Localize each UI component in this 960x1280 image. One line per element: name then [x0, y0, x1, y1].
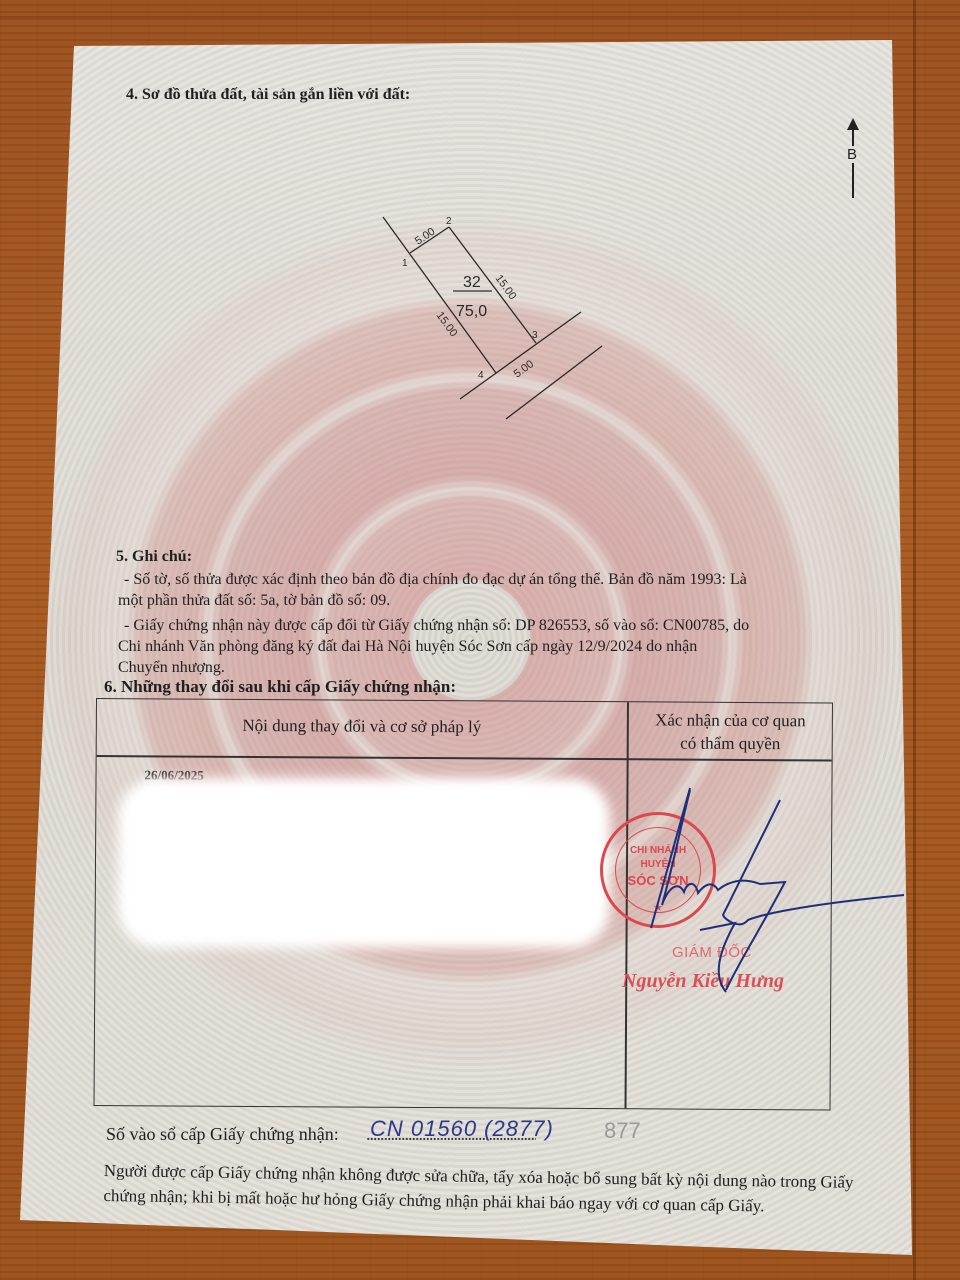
note-line: Chuyển nhượng.	[118, 657, 225, 678]
parcel-edge-4-1	[383, 217, 496, 373]
note-line: một phần thửa đất số: 5a, tờ bản đồ số: …	[118, 590, 390, 611]
official-stamp: CHI NHÁNH HUYỆN SÓC SƠN ★	[600, 812, 716, 928]
registry-pencil-note: 877	[604, 1118, 641, 1144]
north-arrow-label: B	[847, 146, 857, 163]
star-icon: ★	[603, 901, 713, 914]
parcel-area: 75,0	[456, 303, 487, 320]
registry-number-label: Số vào sổ cấp Giấy chứng nhận:	[106, 1124, 339, 1145]
note-line: - Giấy chứng nhận này được cấp đổi từ Gi…	[124, 615, 749, 636]
section-5-heading: 5. Ghi chú:	[116, 548, 192, 566]
registry-number-handwritten: CN 01560 (2877)	[370, 1116, 554, 1142]
signatory-name: Nguyễn Kiều Hưng	[622, 970, 784, 993]
vertex-2-label: 2	[446, 216, 452, 227]
redacted-content	[118, 778, 610, 948]
stamp-line: CHI NHÁNH	[603, 845, 713, 856]
stamp-line: HUYỆN	[603, 859, 713, 870]
north-arrow: B	[846, 118, 860, 198]
road-line-1	[460, 312, 581, 399]
signatory-title: GIÁM ĐỐC	[672, 944, 752, 961]
column-header-line: Xác nhận của cơ quan	[629, 708, 832, 732]
certificate-document: 4. Sơ đồ thửa đất, tài sản gắn liền với …	[0, 0, 960, 1280]
stamp-line: SÓC SƠN	[603, 873, 713, 888]
vertex-3-label: 3	[532, 330, 538, 341]
column-header-line: có thẩm quyền	[629, 731, 832, 755]
edge-2-3-length: 15.00	[493, 273, 519, 302]
parcel-diagram: 1 2 3 4 32 75,0 5.00 15.00 5.00 15.00	[370, 200, 620, 420]
vertex-1-label: 1	[402, 258, 408, 269]
parcel-number: 32	[463, 274, 481, 291]
header-divider	[97, 755, 832, 761]
column-header-content: Nội dung thay đổi và cơ sở pháp lý	[97, 715, 627, 738]
note-line: Chi nhánh Văn phòng đăng ký đất đai Hà N…	[118, 636, 697, 657]
note-line: - Số tờ, số thửa được xác định theo bản …	[124, 569, 747, 590]
section-6-heading: 6. Những thay đổi sau khi cấp Giấy chứng…	[104, 677, 456, 697]
edge-1-2-length: 5.00	[413, 226, 437, 248]
section-4-heading: 4. Sơ đồ thửa đất, tài sản gắn liền với …	[126, 86, 410, 104]
edge-3-4-length: 5.00	[512, 358, 536, 380]
column-header-confirmation: Xác nhận của cơ quan có thẩm quyền	[629, 708, 832, 755]
road-line-2	[506, 346, 602, 419]
vertex-4-label: 4	[478, 370, 484, 381]
arrow-up-icon	[847, 118, 859, 130]
legal-notice: Người được cấp Giấy chứng nhận không đượ…	[103, 1158, 864, 1220]
